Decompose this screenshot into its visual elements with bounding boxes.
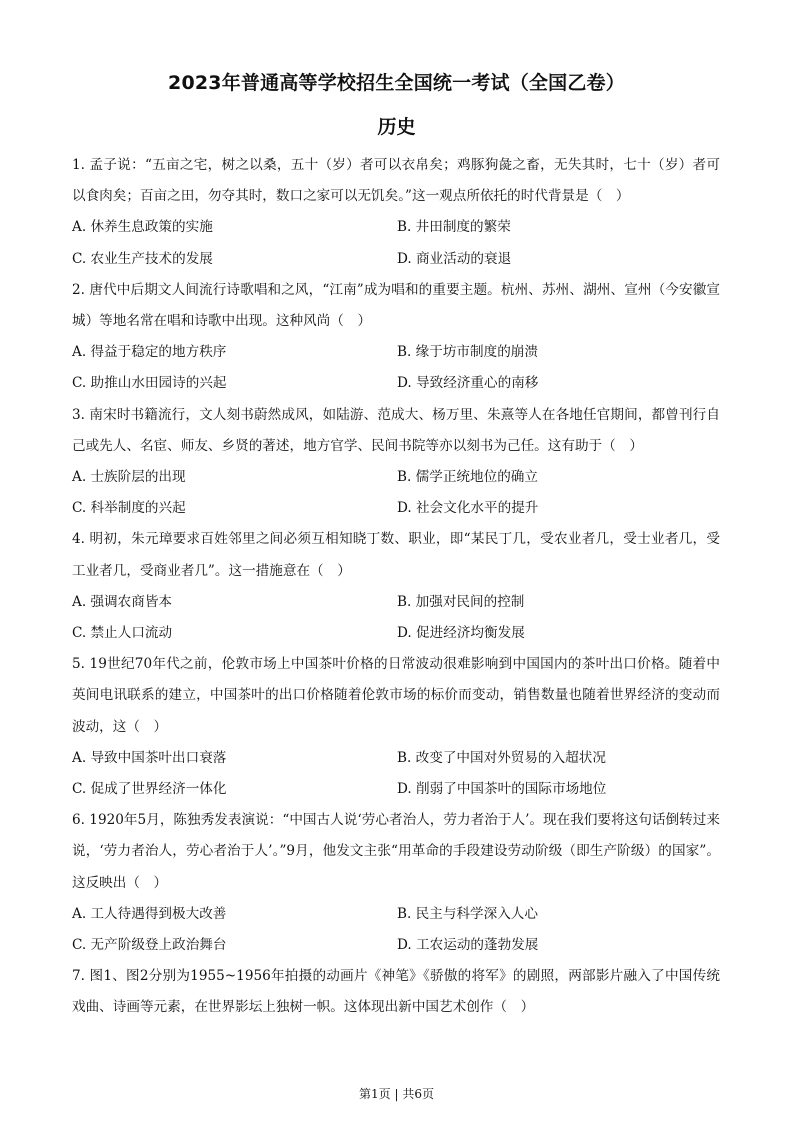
option-b: B. 井田制度的繁荣 xyxy=(397,212,720,243)
question-2: 2. 唐代中后期文人间流行诗歌唱和之风，“江南”成为唱和的重要主题。杭州、苏州、… xyxy=(72,275,720,400)
options: A. 工人待遇得到极大改善 B. 民主与科学深入人心 C. 无产阶级登上政治舞台… xyxy=(72,899,720,961)
question-stem: 3. 南宋时书籍流行，文人刻书蔚然成风，如陆游、范成大、杨万里、朱熹等人在各地任… xyxy=(72,400,720,462)
option-d: D. 社会文化水平的提升 xyxy=(397,493,720,524)
exam-title: 2023年普通高等学校招生全国统一考试（全国乙卷） xyxy=(0,68,793,95)
option-c: C. 促成了世界经济一体化 xyxy=(72,774,397,805)
option-d: D. 导致经济重心的南移 xyxy=(397,368,720,399)
option-a: A. 士族阶层的出现 xyxy=(72,462,397,493)
question-1: 1. 孟子说：“五亩之宅，树之以桑，五十（岁）者可以衣帛矣；鸡豚狗彘之畜，无失其… xyxy=(72,150,720,275)
question-6: 6. 1920年5月，陈独秀发表演说：“中国古人说‘劳心者治人，劳力者治于人’。… xyxy=(72,805,720,961)
option-d: D. 削弱了中国茶叶的国际市场地位 xyxy=(397,774,720,805)
question-4: 4. 明初，朱元璋要求百姓邻里之间必须互相知晓丁数、职业，即“某民丁几，受农业者… xyxy=(72,524,720,649)
options: A. 士族阶层的出现 B. 儒学正统地位的确立 C. 科举制度的兴起 D. 社会… xyxy=(72,462,720,524)
option-c: C. 科举制度的兴起 xyxy=(72,493,397,524)
option-c: C. 无产阶级登上政治舞台 xyxy=(72,930,397,961)
question-stem: 7. 图1、图2分别为1955~1956年拍摄的动画片《神笔》《骄傲的将军》的剧… xyxy=(72,961,720,1023)
question-7: 7. 图1、图2分别为1955~1956年拍摄的动画片《神笔》《骄傲的将军》的剧… xyxy=(72,961,720,1023)
question-5: 5. 19世纪70年代之前，伦敦市场上中国茶叶价格的日常波动很难影响到中国国内的… xyxy=(72,649,720,805)
option-b: B. 儒学正统地位的确立 xyxy=(397,462,720,493)
option-c: C. 助推山水田园诗的兴起 xyxy=(72,368,397,399)
options: A. 得益于稳定的地方秩序 B. 缘于坊市制度的崩溃 C. 助推山水田园诗的兴起… xyxy=(72,337,720,399)
option-a: A. 休养生息政策的实施 xyxy=(72,212,397,243)
question-3: 3. 南宋时书籍流行，文人刻书蔚然成风，如陆游、范成大、杨万里、朱熹等人在各地任… xyxy=(72,400,720,525)
question-stem: 5. 19世纪70年代之前，伦敦市场上中国茶叶价格的日常波动很难影响到中国国内的… xyxy=(72,649,720,743)
option-a: A. 工人待遇得到极大改善 xyxy=(72,899,397,930)
option-c: C. 禁止人口流动 xyxy=(72,618,397,649)
question-list: 1. 孟子说：“五亩之宅，树之以桑，五十（岁）者可以衣帛矣；鸡豚狗彘之畜，无失其… xyxy=(72,150,720,1024)
option-d: D. 商业活动的衰退 xyxy=(397,244,720,275)
subject-heading: 历史 xyxy=(0,112,793,139)
options: A. 休养生息政策的实施 B. 井田制度的繁荣 C. 农业生产技术的发展 D. … xyxy=(72,212,720,274)
option-d: D. 促进经济均衡发展 xyxy=(397,618,720,649)
question-stem: 6. 1920年5月，陈独秀发表演说：“中国古人说‘劳心者治人，劳力者治于人’。… xyxy=(72,805,720,899)
option-d: D. 工农运动的蓬勃发展 xyxy=(397,930,720,961)
option-b: B. 缘于坊市制度的崩溃 xyxy=(397,337,720,368)
option-b: B. 加强对民间的控制 xyxy=(397,587,720,618)
option-b: B. 民主与科学深入人心 xyxy=(397,899,720,930)
option-a: A. 得益于稳定的地方秩序 xyxy=(72,337,397,368)
options: A. 强调农商皆本 B. 加强对民间的控制 C. 禁止人口流动 D. 促进经济均… xyxy=(72,587,720,649)
option-a: A. 导致中国茶叶出口衰落 xyxy=(72,743,397,774)
options: A. 导致中国茶叶出口衰落 B. 改变了中国对外贸易的入超状况 C. 促成了世界… xyxy=(72,743,720,805)
question-stem: 2. 唐代中后期文人间流行诗歌唱和之风，“江南”成为唱和的重要主题。杭州、苏州、… xyxy=(72,275,720,337)
question-stem: 4. 明初，朱元璋要求百姓邻里之间必须互相知晓丁数、职业，即“某民丁几，受农业者… xyxy=(72,524,720,586)
option-c: C. 农业生产技术的发展 xyxy=(72,244,397,275)
option-b: B. 改变了中国对外贸易的入超状况 xyxy=(397,743,720,774)
page-footer: 第1页 | 共6页 xyxy=(0,1085,793,1102)
option-a: A. 强调农商皆本 xyxy=(72,587,397,618)
question-stem: 1. 孟子说：“五亩之宅，树之以桑，五十（岁）者可以衣帛矣；鸡豚狗彘之畜，无失其… xyxy=(72,150,720,212)
